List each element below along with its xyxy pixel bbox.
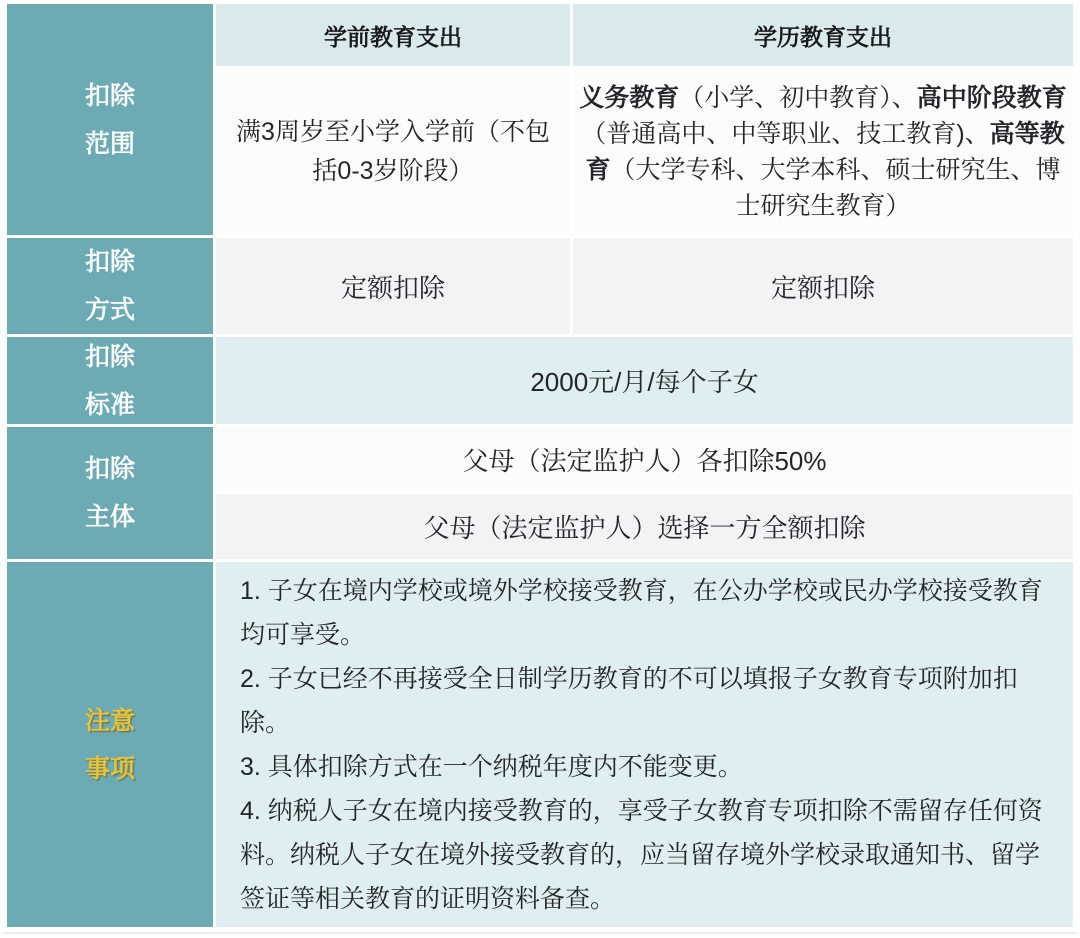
note-item-2: 2. 子女已经不再接受全日制学历教育的不可以填报子女教育专项附加扣除。 <box>240 657 1049 745</box>
note-item-4: 4. 纳税人子女在境内接受教育的，享受子女教育专项扣除不需留存任何资料。纳税人子… <box>240 789 1049 921</box>
education-deduction-table: 扣除 范围 学前教育支出 学历教育支出 满3周岁至小学入学前（不包括0-3岁阶段… <box>0 0 1080 927</box>
row-header-scope-line2: 范围 <box>85 120 135 168</box>
cell-scope-academic: 义务教育（小学、初中教育）、高中阶段教育（普通高中、中等职业、技工教育)、高等教… <box>573 69 1073 235</box>
row-header-method-line1: 扣除 <box>85 238 135 286</box>
cell-notes: 1. 子女在境内学校或境外学校接受教育，在公办学校或民办学校接受教育均可享受。 … <box>216 562 1073 927</box>
cell-method-academic: 定额扣除 <box>573 238 1073 334</box>
row-header-standard-line2: 标准 <box>85 381 135 429</box>
row-header-method-line2: 方式 <box>85 286 135 334</box>
row-header-scope-line1: 扣除 <box>85 72 135 120</box>
row-header-subject-line2: 主体 <box>85 493 135 541</box>
row-header-method: 扣除 方式 <box>7 238 213 334</box>
col-header-academic: 学历教育支出 <box>573 4 1073 66</box>
row-header-subject: 扣除 主体 <box>7 427 213 559</box>
row-header-standard-line1: 扣除 <box>85 333 135 381</box>
cell-subject-full-one-side: 父母（法定监护人）选择一方全额扣除 <box>216 494 1073 559</box>
scope-academic-text: 义务教育（小学、初中教育）、高中阶段教育（普通高中、中等职业、技工教育)、高等教… <box>579 80 1067 225</box>
row-header-notes: 注意 事项 <box>7 562 213 927</box>
row-header-notes-line1: 注意 <box>85 697 135 745</box>
cell-standard-amount: 2000元/月/每个子女 <box>216 337 1073 424</box>
col-header-preschool: 学前教育支出 <box>216 4 570 66</box>
scope-preschool-text: 满3周岁至小学入学前（不包括0-3岁阶段） <box>230 113 556 191</box>
row-header-subject-line1: 扣除 <box>85 445 135 493</box>
note-item-1: 1. 子女在境内学校或境外学校接受教育，在公办学校或民办学校接受教育均可享受。 <box>240 569 1049 657</box>
row-header-standard: 扣除 标准 <box>7 337 213 424</box>
row-header-notes-line2: 事项 <box>85 745 135 793</box>
cell-method-preschool: 定额扣除 <box>216 238 570 334</box>
row-header-scope: 扣除 范围 <box>7 4 213 235</box>
note-item-3: 3. 具体扣除方式在一个纳税年度内不能变更。 <box>240 745 743 789</box>
cell-subject-split-50: 父母（法定监护人）各扣除50% <box>216 427 1073 491</box>
cell-scope-preschool: 满3周岁至小学入学前（不包括0-3岁阶段） <box>216 69 570 235</box>
card-bottom-edge <box>3 932 1077 934</box>
